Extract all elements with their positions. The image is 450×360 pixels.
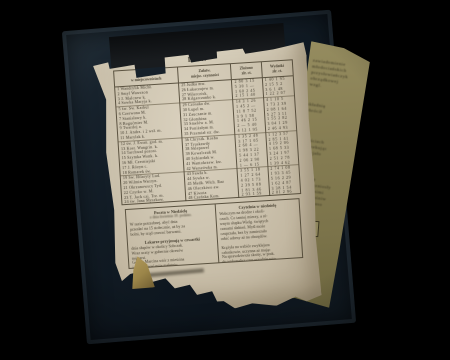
table-band: 1 40 1 952 15 5 23 6 1 481 22 2 07 xyxy=(263,76,294,98)
header-line: złr. ct. xyxy=(272,68,282,73)
table-column-names-1: 1 Wandrylik Michł.2 Smyl Wawrzon3 J. Mal… xyxy=(115,83,186,205)
table-band: 36 Chrystk. Kosba37 Truskawdy38 Sklepawe… xyxy=(183,135,237,173)
table-column-amounts-2: 1 40 1 952 15 5 23 6 1 481 22 2 07 4 1 1… xyxy=(263,76,301,196)
register-table: Nazwisk w miejscowościach Załatw. miejsc… xyxy=(113,59,301,205)
table-band: 4 1 10 51 73 2 392 08 1 645 27 3 111 55 … xyxy=(264,96,296,132)
table-row: 2 01 2 96 xyxy=(272,190,298,196)
table-band: 43 Fawła b.44 Sywka w.45 Medk. Włch. Raz… xyxy=(185,169,239,201)
header-line: złr. ct. xyxy=(242,70,252,75)
table-band: 14 3 1 261 45 2 —11 8 7 523 9 1 581 46 2… xyxy=(234,98,265,134)
table-band: 1 35 2 483 17 1 052 60 4 —1 98 3 225 44 … xyxy=(236,133,267,169)
table-band: 12 św. J. Ewan. god. m.13 Kost. Wangrin.… xyxy=(119,138,184,176)
notice-paragraph: Wobczym na drodze i okoli-czach. Co tamt… xyxy=(219,208,298,242)
side-text-group: składnięobrócił xyxy=(306,101,360,120)
table-band: 19 Św. Hilaryty Lud.20 Wilmin Warzyn.21 … xyxy=(121,173,186,206)
photo-backdrop: zawiadomieniemłodociańskichprzysłowiańcz… xyxy=(0,0,450,360)
table-band: 2 74 1 081 93 3 455 16 2 291 62 4 873 38… xyxy=(268,165,300,195)
header-line: w miejscowościach xyxy=(131,76,162,82)
table-column-names-2: 25 Judka mw.26 Łukaczajew m.27 Wilerczis… xyxy=(179,80,240,201)
table-band: 29 Czósaka dw.30 Łupel m.31 Zauczanie m.… xyxy=(180,100,234,138)
footer-section: Poczta w Niedzielę z dnia kwietnia 18. p… xyxy=(125,198,303,269)
table-header-cell: Złożono złr. ct. xyxy=(231,62,262,79)
table-header-cell: Wydatki złr. ct. xyxy=(262,60,293,77)
table-band: 2 80 3 155 30 1 —1 60 2 452 15 1 40 xyxy=(232,78,262,100)
footer-box-right: Czytelnia w niedzielę Wobczym na drodze … xyxy=(216,199,303,262)
table-band: 1 12 3 572 85 1 414 19 2 061 68 5 333 24… xyxy=(266,131,298,167)
main-document: List. Nazwisk w miejscowościach Załatw. … xyxy=(88,39,322,316)
notice-paragraph: Krążyła na wzbiór zwyklejszaczłonkowie, … xyxy=(221,241,299,262)
header-line: miejsc. czynności xyxy=(191,72,219,78)
table-band: 3 55 1 181 27 2 644 02 1 732 39 5 081 81… xyxy=(238,167,269,197)
table-body: 1 Wandrylik Michł.2 Smyl Wawrzon3 J. Mal… xyxy=(115,76,300,205)
table-row: 2 93 1 59 xyxy=(241,191,267,197)
side-text-group: zawiadomieniemłodociańskichprzysłowiańcz… xyxy=(309,58,365,95)
table-band: 5 św. Św. Karbul6 Czerwona M.7 Stanisław… xyxy=(116,104,181,142)
